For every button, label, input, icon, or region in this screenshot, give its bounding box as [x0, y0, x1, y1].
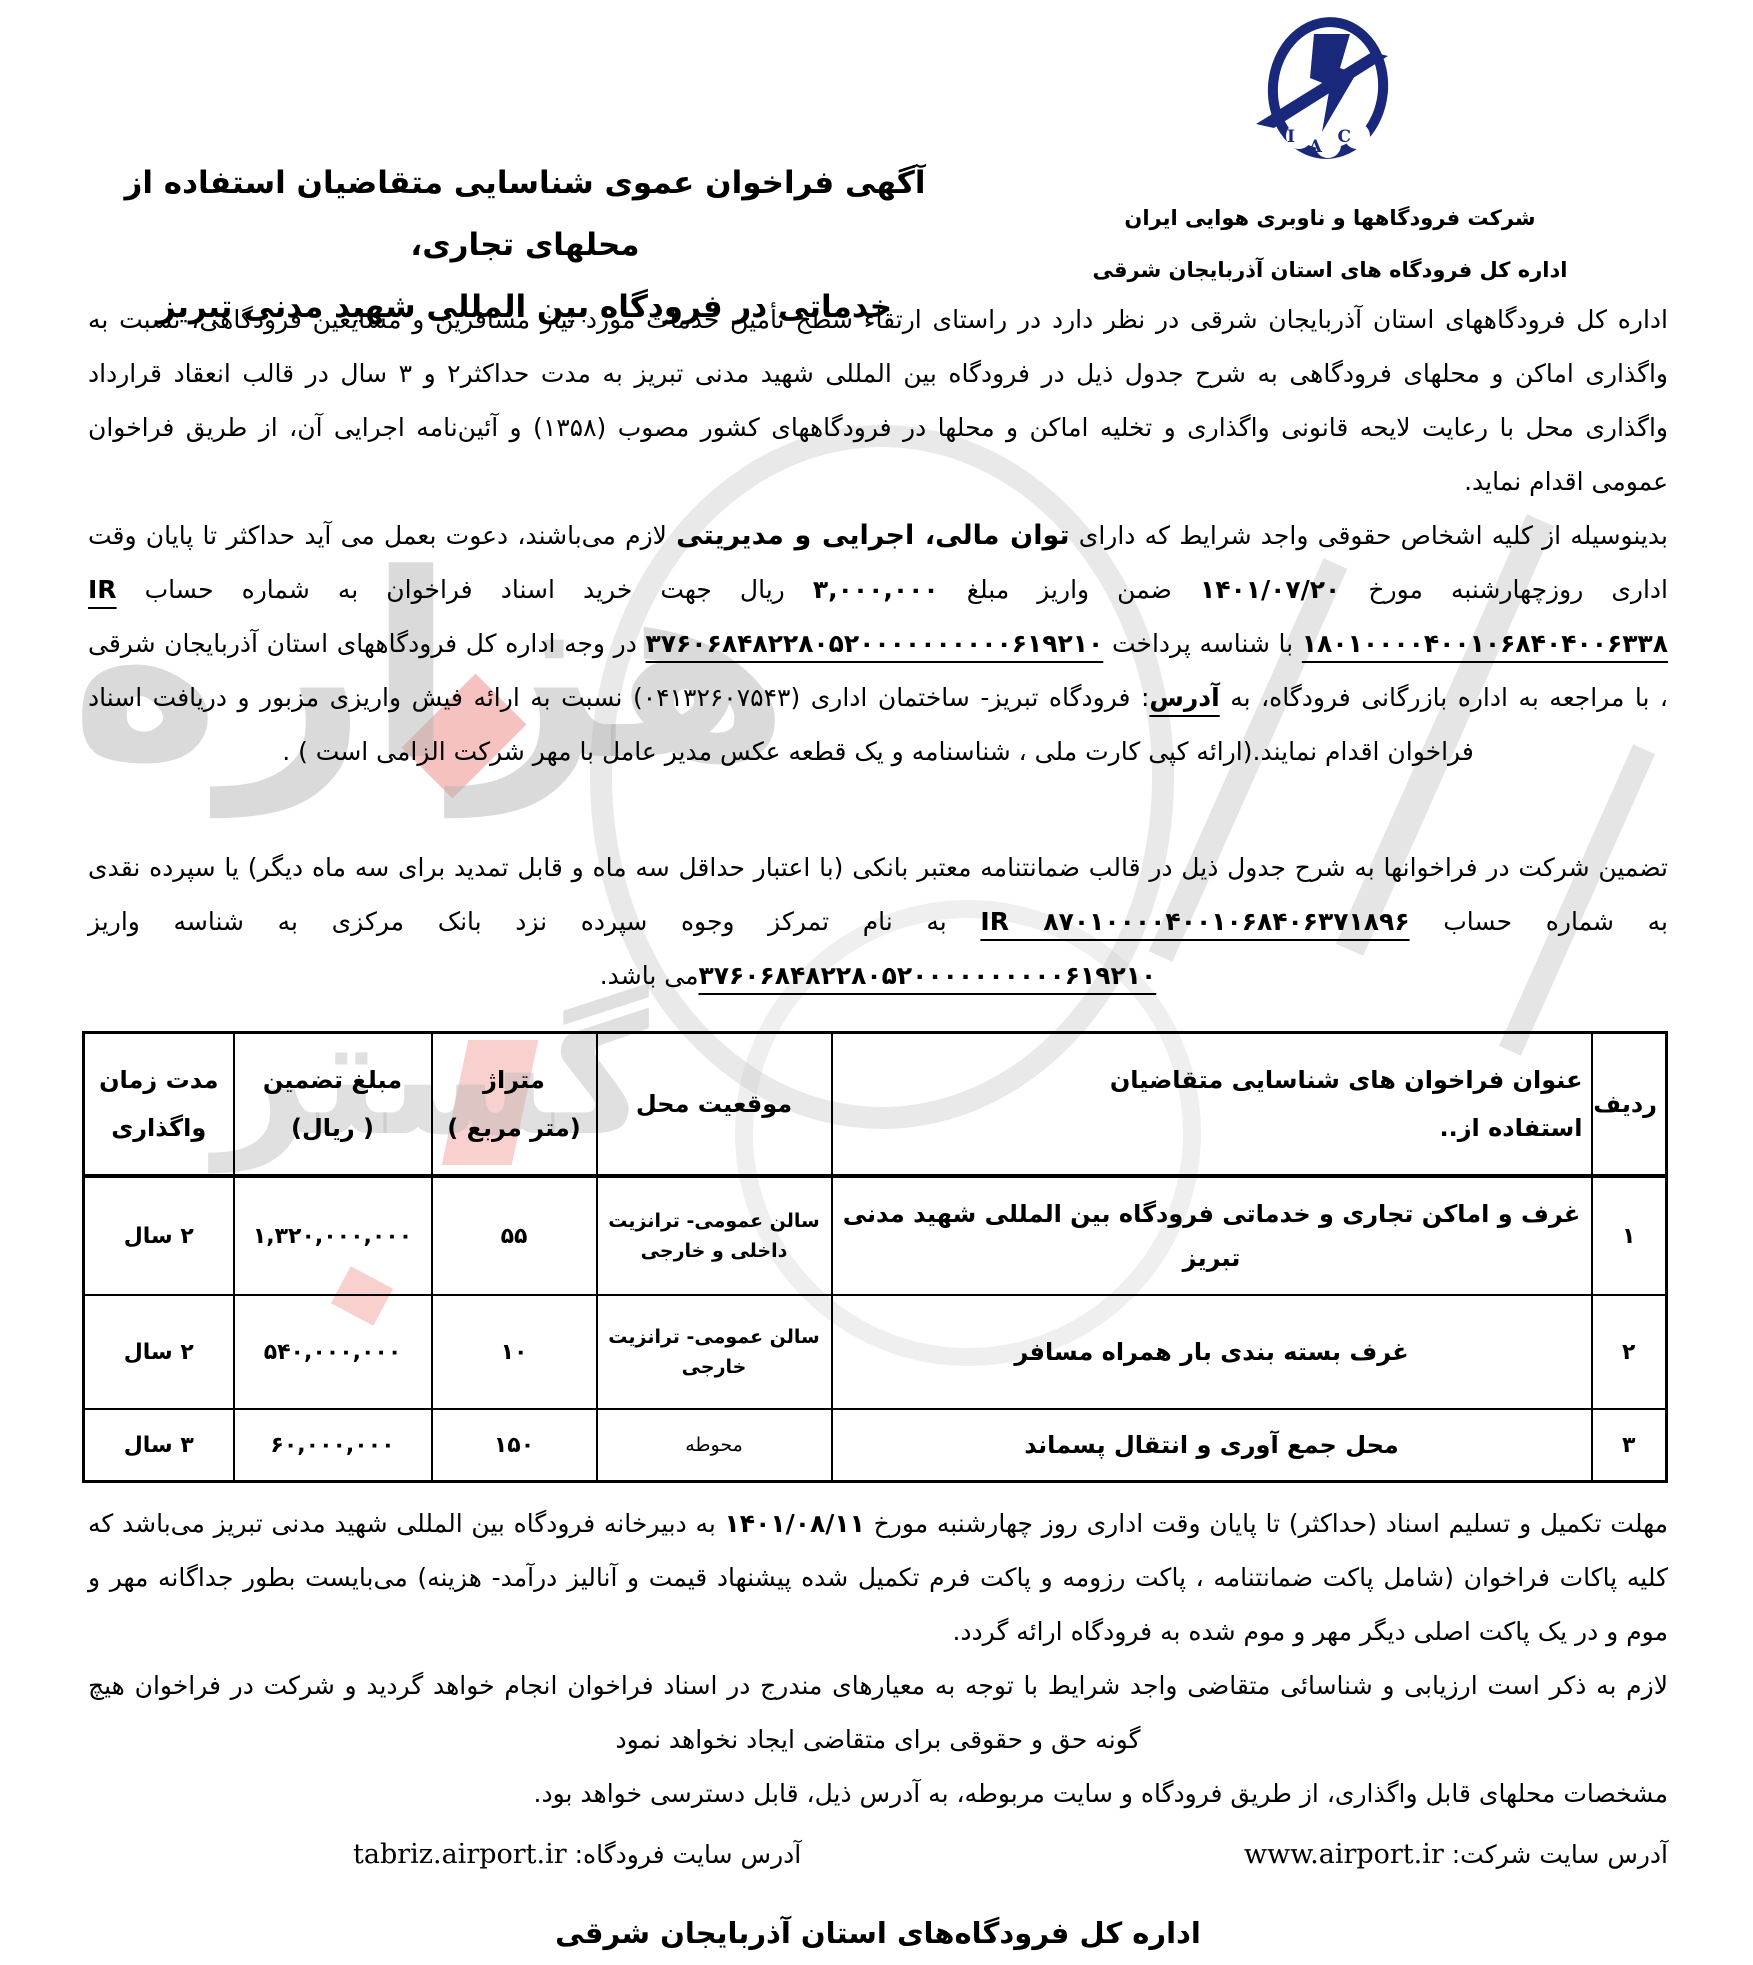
item-title-cell: غرف بسته بندی بار همراه مسافر [832, 1295, 1592, 1409]
company-site-group: آدرس سایت شرکت: www.airport.ir [1244, 1839, 1668, 1870]
item-guarantee-cell: ۶۰,۰۰۰,۰۰۰ [234, 1409, 432, 1482]
p2-text: ریال جهت خرید اسناد فراخوان به شماره حسا… [117, 575, 813, 604]
item-location-cell: محوطه [597, 1409, 832, 1482]
airport-site-url: tabriz.airport.ir [353, 1839, 567, 1870]
p2-bold-capabilities: توان مالی، اجرایی و مدیریتی [676, 520, 1069, 551]
item-duration-cell: ۲ سال [84, 1295, 234, 1409]
item-duration-cell: ۲ سال [84, 1176, 234, 1295]
row-number-cell: ۳ [1592, 1409, 1667, 1482]
col-header-guarantee: مبلغ تضمین ( ریال) [234, 1033, 432, 1177]
p2-text: با شناسه پرداخت [1103, 629, 1302, 658]
logo-letter-i: I [1287, 127, 1295, 147]
item-area-cell: ۵۵ [432, 1176, 597, 1295]
logo-letter-a: A [1308, 137, 1323, 157]
col-header-location: موقعیت محل [597, 1033, 832, 1177]
item-area-cell: ۱۰ [432, 1295, 597, 1409]
col-header-title: عنوان فراخوان های شناسایی متقاضیان استفا… [832, 1033, 1592, 1177]
p3-text: می باشد. [600, 961, 699, 990]
col-header-guarantee-line1: مبلغ تضمین [243, 1056, 423, 1104]
deadline-date-1: ۱۴۰۱/۰۷/۲۰ [1200, 575, 1340, 604]
table-row: ۲ غرف بسته بندی بار همراه مسافر سالن عمو… [84, 1295, 1667, 1409]
item-location-cell: سالن عمومی- ترانزیت خارجی [597, 1295, 832, 1409]
airport-site-label: آدرس سایت فرودگاه: [575, 1840, 802, 1869]
signature-line: اداره کل فرودگاه‌های استان آذربایجان شرق… [88, 1916, 1668, 1950]
col-header-row-number: ردیف [1592, 1033, 1667, 1177]
document-body: اداره کل فرودگاههای استان آذربایجان شرقی… [88, 293, 1668, 1950]
p4-text: مهلت تکمیل و تسلیم اسناد (حداکثر) تا پای… [865, 1509, 1668, 1538]
paragraph-specs: مشخصات محلهای قابل واگذاری، از طریق فرود… [88, 1767, 1668, 1821]
p3-text: به نام تمرکز وجوه سپرده نزد بانک مرکزی ب… [88, 907, 980, 936]
table-row: ۳ محل جمع آوری و انتقال پسماند محوطه ۱۵۰… [84, 1409, 1667, 1482]
address-word: آدرس [1149, 683, 1219, 712]
paragraph-invitation: بدینوسیله از کلیه اشخاص حقوقی واجد شرایط… [88, 509, 1668, 779]
col-header-area-line2: (متر مربع ) [441, 1104, 588, 1152]
item-title-cell: محل جمع آوری و انتقال پسماند [832, 1409, 1592, 1482]
item-guarantee-cell: ۵۴۰,۰۰۰,۰۰۰ [234, 1295, 432, 1409]
col-header-area: متراژ (متر مربع ) [432, 1033, 597, 1177]
organization-header: شرکت فرودگاهها و ناوبری هوایی ایران ادار… [1010, 192, 1650, 296]
col-header-area-line1: متراژ [441, 1056, 588, 1104]
p2-text: ضمن واریز مبلغ [939, 575, 1200, 604]
paragraph-submission: مهلت تکمیل و تسلیم اسناد (حداکثر) تا پای… [88, 1497, 1668, 1659]
item-location-cell: سالن عمومی- ترانزیت داخلی و خارجی [597, 1176, 832, 1295]
iban-account-2: IR ۸۷۰۱۰۰۰۰۴۰۰۱۰۶۸۴۰۶۳۷۱۸۹۶ [980, 907, 1409, 936]
col-header-guarantee-line2: ( ریال) [243, 1104, 423, 1152]
item-area-cell: ۱۵۰ [432, 1409, 597, 1482]
table-header-row: ردیف عنوان فراخوان های شناسایی متقاضیان … [84, 1033, 1667, 1177]
airport-site-group: آدرس سایت فرودگاه: tabriz.airport.ir [353, 1839, 801, 1870]
col-header-duration: مدت زمان واگذاری [84, 1033, 234, 1177]
item-title-cell: غرف و اماکن تجاری و خدماتی فرودگاه بین ا… [832, 1176, 1592, 1295]
row-number-cell: ۱ [1592, 1176, 1667, 1295]
p6-text: مشخصات محلهای قابل واگذاری، از طریق فرود… [534, 1779, 1669, 1808]
p2-text: بدینوسیله از کلیه اشخاص حقوقی واجد شرایط… [1070, 521, 1668, 550]
org-name-line2: اداره کل فرودگاه های استان آذربایجان شرق… [1010, 244, 1650, 296]
submission-deadline-date: ۱۴۰۱/۰۸/۱۱ [725, 1509, 865, 1538]
tender-items-table: ردیف عنوان فراخوان های شناسایی متقاضیان … [82, 1031, 1668, 1483]
payment-id-1: ۳۷۶۰۶۸۴۸۲۲۸۰۵۲۰۰۰۰۰۰۰۰۰۰۶۱۹۲۱۰ [646, 629, 1104, 658]
title-line1: آگهی فراخوان عموی شناسایی متقاضیان استفا… [85, 152, 965, 276]
iac-logo-icon: I A C [1252, 8, 1404, 170]
company-site-url: www.airport.ir [1244, 1839, 1444, 1870]
item-duration-cell: ۳ سال [84, 1409, 234, 1482]
p5-text: لازم به ذکر است ارزیابی و شناسائی متقاضی… [88, 1671, 1668, 1754]
paragraph-evaluation: لازم به ذکر است ارزیابی و شناسائی متقاضی… [88, 1659, 1668, 1767]
row-number-cell: ۲ [1592, 1295, 1667, 1409]
item-guarantee-cell: ۱,۳۲۰,۰۰۰,۰۰۰ [234, 1176, 432, 1295]
logo-letter-c: C [1337, 127, 1351, 147]
document-fee-amount: ۳,۰۰۰,۰۰۰ [813, 575, 939, 604]
col-header-title-line1: عنوان فراخوان های شناسایی متقاضیان [841, 1056, 1583, 1104]
announcement-title: آگهی فراخوان عموی شناسایی متقاضیان استفا… [85, 152, 965, 338]
table-row: ۱ غرف و اماکن تجاری و خدماتی فرودگاه بین… [84, 1176, 1667, 1295]
company-site-label: آدرس سایت شرکت: [1452, 1840, 1668, 1869]
col-header-title-line2: استفاده از.. [841, 1104, 1583, 1152]
org-name-line1: شرکت فرودگاهها و ناوبری هوایی ایران [1010, 192, 1650, 244]
website-addresses: آدرس سایت شرکت: www.airport.ir آدرس سایت… [88, 1839, 1668, 1870]
col-header-duration-line1: مدت زمان [93, 1056, 225, 1104]
document-page: هزاره گستر I A C شرکت فرودگاهها و ناوبری… [0, 0, 1753, 1965]
paragraph-guarantee: تضمین شرکت در فراخوانها به شرح جدول ذیل … [88, 841, 1668, 1003]
deposit-id-2: ۳۷۶۰۶۸۴۸۲۲۸۰۵۲۰۰۰۰۰۰۰۰۰۰۶۱۹۲۱۰ [699, 961, 1157, 990]
title-line2: خدماتی در فرودگاه بین المللی شهید مدنی ت… [85, 276, 965, 338]
col-header-duration-line2: واگذاری [93, 1104, 225, 1152]
